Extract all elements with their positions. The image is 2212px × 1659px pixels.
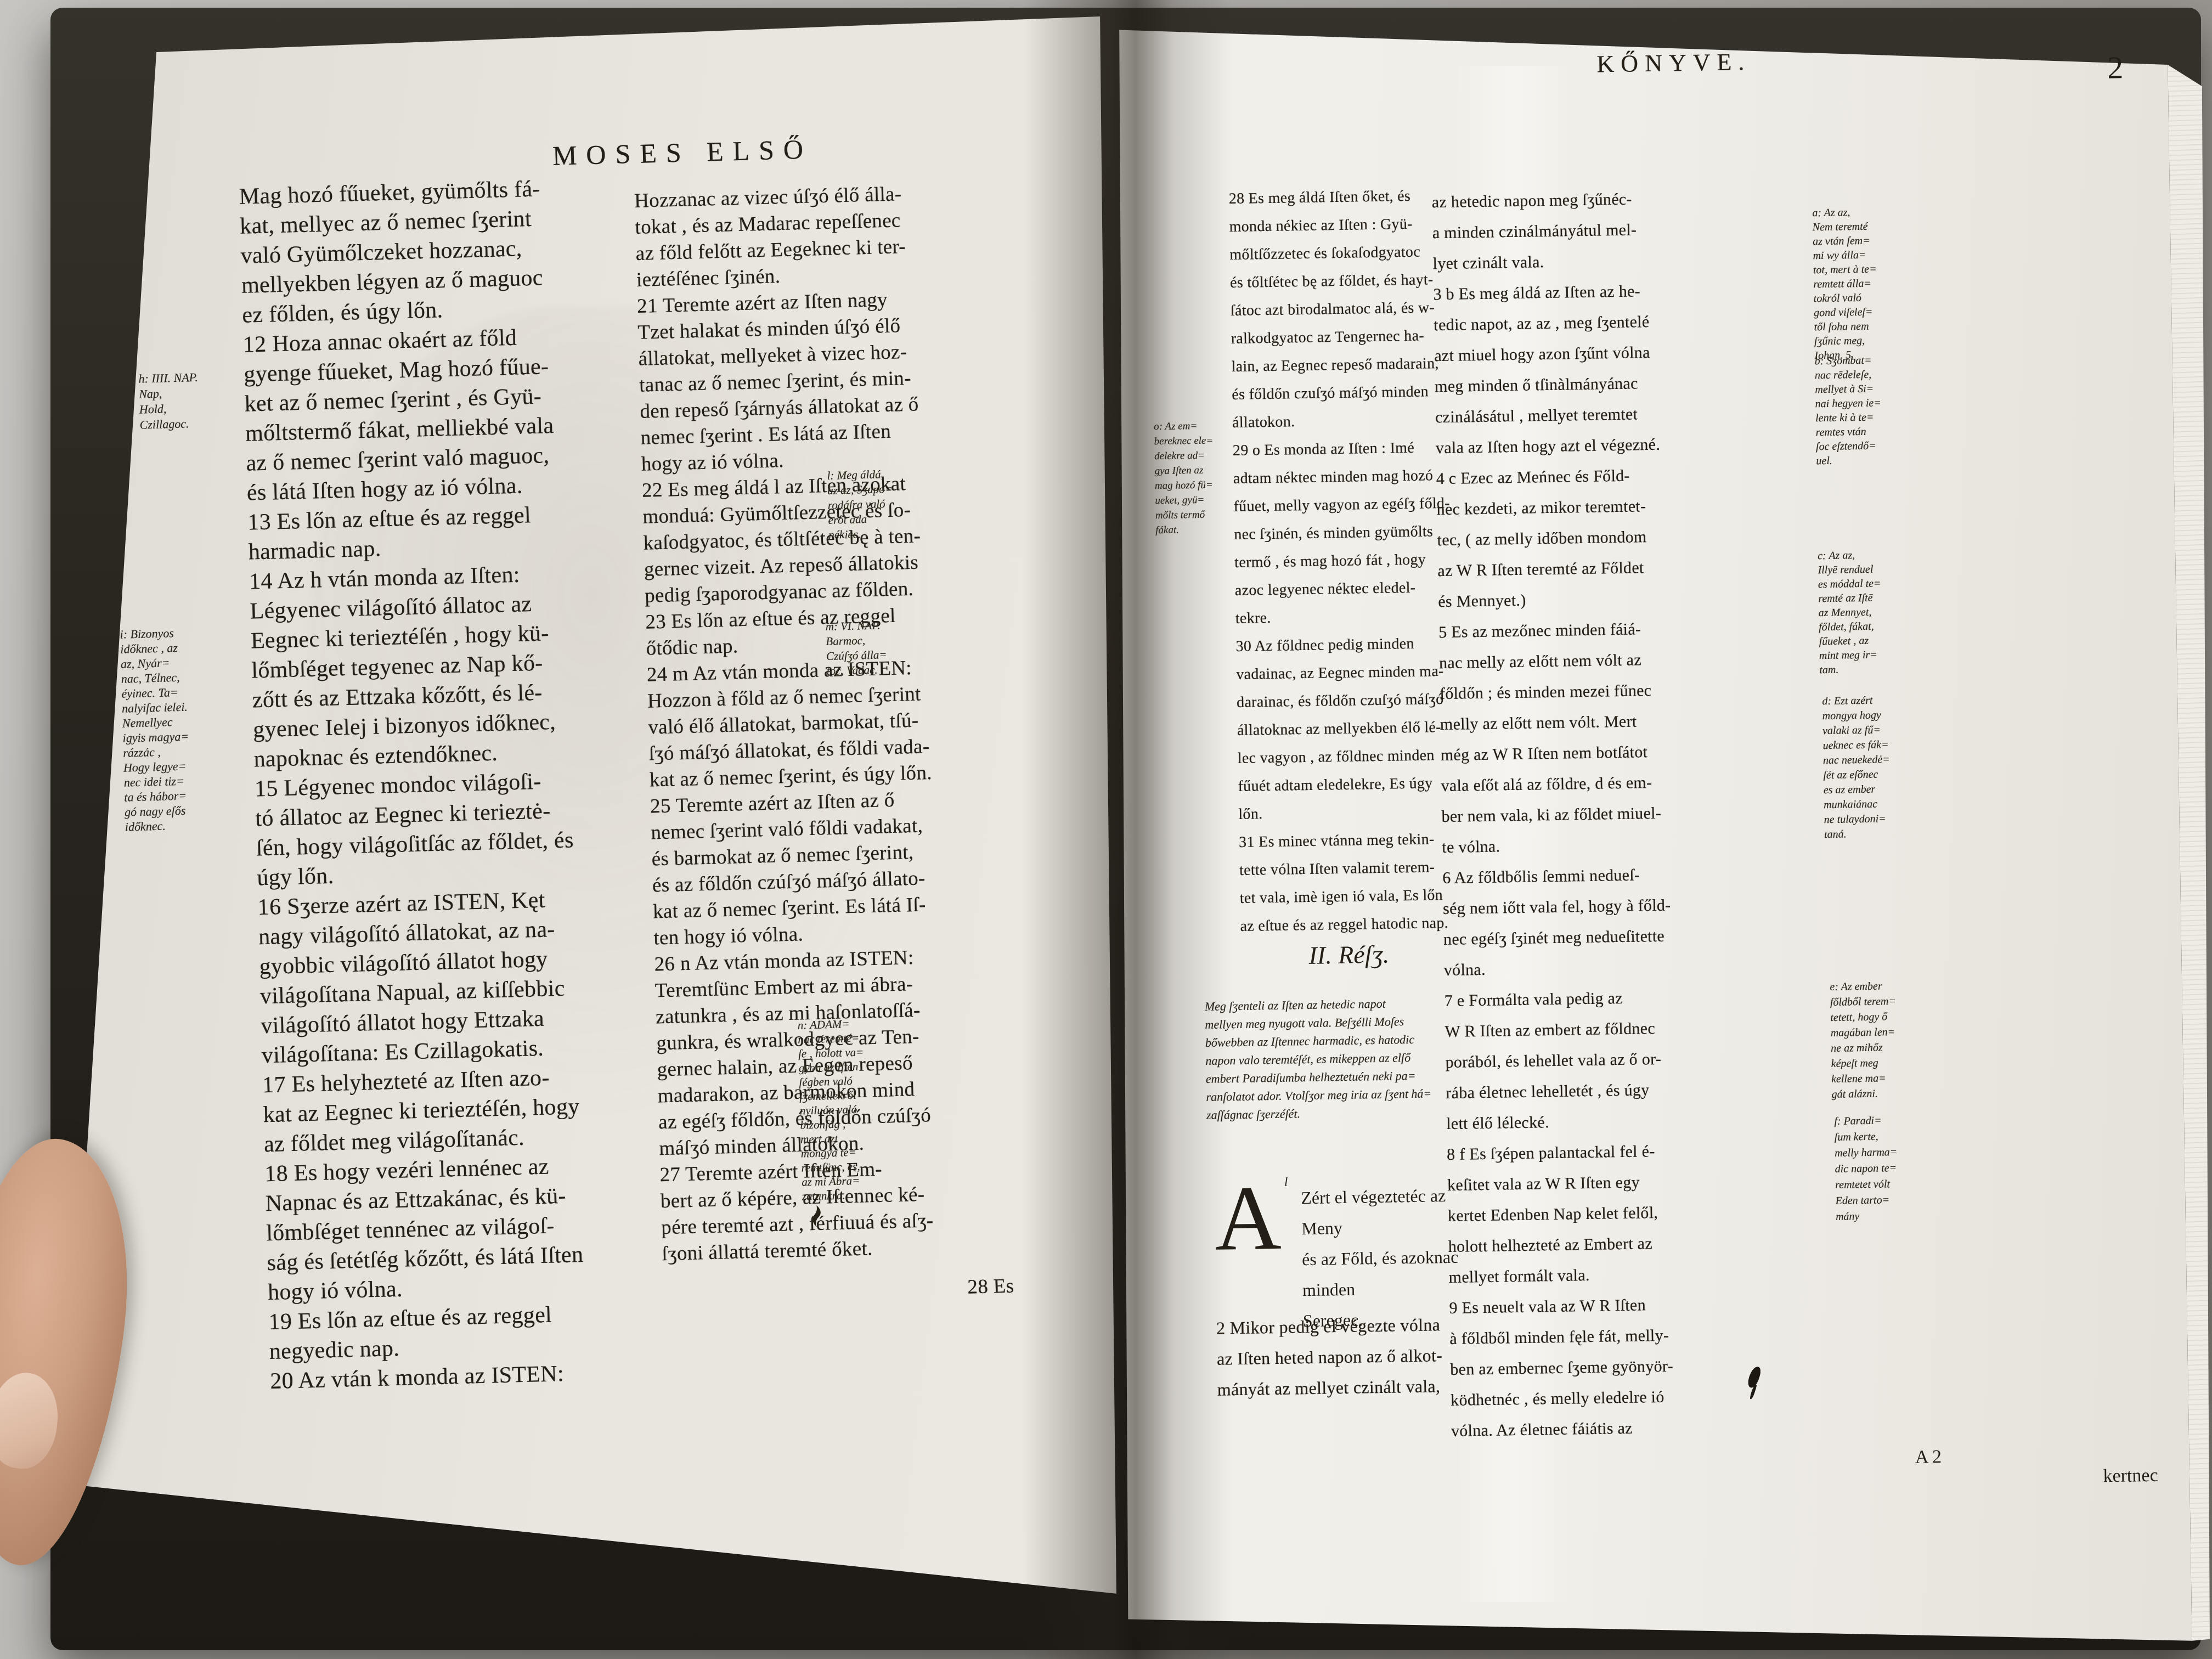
- thumb-nail: [0, 1369, 63, 1472]
- drop-cap-letter: A: [1214, 1180, 1282, 1257]
- margin-note-e: e: Az ember főldből terem= tetett, hogy …: [1830, 977, 2012, 1102]
- margin-note-c: c: Az az, Illyē renduel es móddal te= re…: [1818, 546, 2001, 677]
- margin-note-m: m: VI. NAP. Barmoc, Czúſʒó álla= toc, Va…: [825, 617, 942, 679]
- margin-note-a: a: Az az, Nem teremté az vtán ſem= mi wy…: [1812, 203, 1995, 363]
- left-page-catchword: 28 Es: [663, 1272, 1014, 1311]
- margin-note-d: d: Ezt azért mongya hogy valaki az fű= u…: [1822, 691, 2005, 842]
- margin-note-f: f: Paradi= ſum kerte, melly harma= dic n…: [1834, 1111, 2017, 1225]
- margin-note-o: o: Az em= bereknec ele= delekre ad= gya …: [1154, 418, 1246, 538]
- margin-note-b: b: Sʒombat= nac rēdeleſe, mellyet à Si= …: [1814, 351, 1997, 468]
- page-number: 2: [2107, 49, 2124, 86]
- right-page-content: KŐNYVE. 2 28 Es meg áldá Iſten őket, és …: [1125, 16, 2212, 1651]
- right-page-column-1: 28 Es meg áldá Iſten őket, és monda néki…: [1228, 182, 1457, 940]
- chapter-2-summary: Meg ſʒenteli az Iſten az hetedic napot m…: [1205, 994, 1465, 1124]
- margin-note-l: l: Meg áldá, az az, Sʒapo= rodáſra való …: [827, 466, 938, 543]
- right-page-column-2: az hetedic napon meg ſʒűnéc- a minden cz…: [1431, 181, 1835, 1447]
- margin-note-h: h: IIII. NAP. Nap, Hold, Czillagoc.: [138, 368, 258, 433]
- printer-ornament: [809, 1204, 825, 1232]
- chapter-2-verse-2: 2 Mikor pedig el végezte vólna az Iſten …: [1216, 1308, 1476, 1404]
- margin-note-n: n: ADAM= nac teremté= ſe , holott va= gy…: [797, 1015, 906, 1204]
- margin-note-i: i: Bizonyos időknec , az az, Nyár= nac, …: [120, 624, 243, 834]
- running-header-left: MOSES ELSŐ: [495, 132, 869, 173]
- left-page-column-1: Mag hozó fűueket, gyümőlts fá- kat, mell…: [239, 172, 671, 1396]
- right-page-catchword: kertnec: [2103, 1465, 2158, 1487]
- drop-cap-gloss-mark: l: [1284, 1175, 1288, 1190]
- chapter-2-heading: II. Réſʒ.: [1240, 939, 1458, 971]
- left-page-content: MOSES ELSŐ Mag hozó fűueket, gyümőlts fá…: [9, 0, 1170, 1609]
- gathering-signature: A 2: [1915, 1447, 1942, 1468]
- running-header-right: KŐNYVE.: [1564, 47, 1784, 78]
- book-photo: MOSES ELSŐ Mag hozó fűueket, gyümőlts fá…: [0, 0, 2212, 1659]
